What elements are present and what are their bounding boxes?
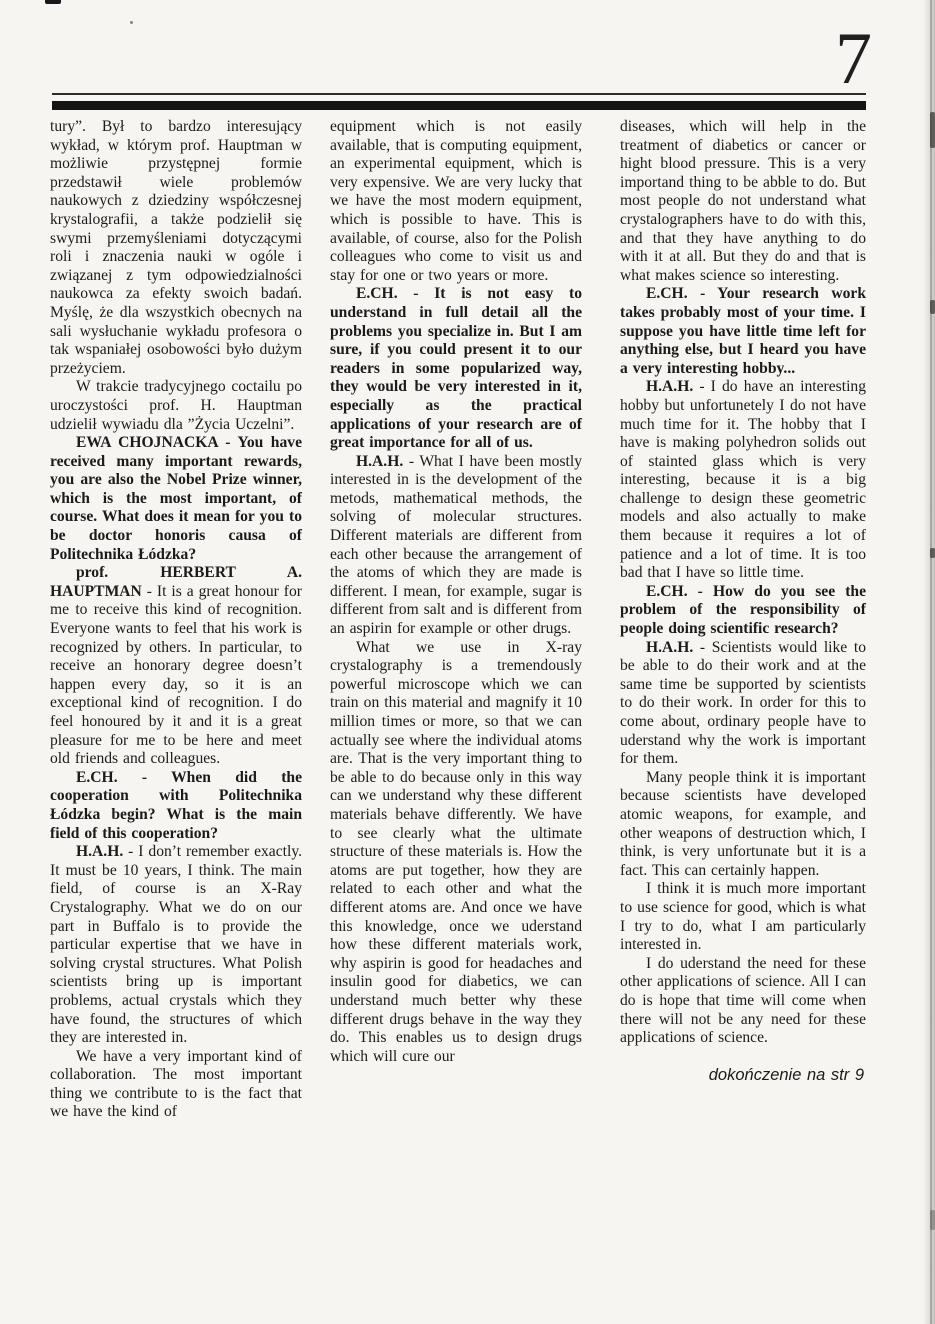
question-paragraph: E.CH. - When did the cooperation with Po…: [50, 769, 302, 843]
scan-edge-shadow: [923, 0, 935, 1324]
question-paragraph: E.CH. - How do you see the problem of th…: [620, 583, 866, 639]
paragraph-text: - I don’t remember exactly. It must be 1…: [50, 843, 302, 1046]
scan-artifact: [930, 300, 935, 314]
page-number: 7: [835, 22, 871, 96]
paragraph-text: W trakcie tradycyjnego coctailu po urocz…: [50, 378, 302, 432]
article-column-right: diseases, which will help in the treatme…: [620, 118, 866, 1084]
interview-article: tury”. Był to bardzo interesujący wykład…: [50, 118, 866, 1122]
paragraph-text: tury”. Był to bardzo interesujący wykład…: [50, 118, 302, 377]
paragraph-text: - I do have an interesting hobby but unf…: [620, 378, 866, 581]
body-paragraph: We have a very important kind of collabo…: [50, 1048, 302, 1122]
answer-paragraph: prof. HERBERT A. HAUPTMAN - It is a grea…: [50, 564, 302, 769]
body-paragraph: diseases, which will help in the treatme…: [620, 118, 866, 285]
article-column-left: tury”. Był to bardzo interesujący wykład…: [50, 118, 302, 1122]
answer-paragraph: H.A.H. - What I have been mostly interes…: [330, 453, 582, 639]
paragraph-text: - What I have been mostly interested in …: [330, 453, 582, 637]
body-paragraph: W trakcie tradycyjnego coctailu po urocz…: [50, 378, 302, 434]
paragraph-text: I do uderstand the need for these other …: [620, 955, 866, 1046]
paragraph-text: - Scientists would like to be able to do…: [620, 639, 866, 768]
answer-paragraph: H.A.H. - Scientists would like to be abl…: [620, 639, 866, 769]
paragraph-text: equipment which is not easily available,…: [330, 118, 582, 284]
question-paragraph: E.CH. - Your research work takes probabl…: [620, 285, 866, 378]
paragraph-text: E.CH. - Your research work takes probabl…: [620, 285, 866, 376]
article-column-middle: equipment which is not easily available,…: [330, 118, 582, 1066]
paragraph-text: Many people think it is important becaus…: [620, 769, 866, 879]
paragraph-text: I think it is much more important to use…: [620, 880, 866, 953]
paragraph-text: E.CH. - It is not easy to understand in …: [330, 285, 582, 451]
paragraph-text: E.CH. - How do you see the problem of th…: [620, 583, 866, 637]
scan-artifact: [930, 112, 935, 148]
speaker-label: H.A.H.: [646, 378, 693, 395]
answer-paragraph: H.A.H. - I don’t remember exactly. It mu…: [50, 843, 302, 1048]
body-paragraph: What we use in X-ray crystalography is a…: [330, 639, 582, 1067]
paragraph-text: E.CH. - When did the cooperation with Po…: [50, 769, 302, 842]
scan-speck: [45, 0, 61, 4]
paragraph-text: We have a very important kind of collabo…: [50, 1048, 302, 1121]
header-rule-thin: [52, 93, 866, 95]
answer-paragraph: H.A.H. - I do have an interesting hobby …: [620, 378, 866, 583]
scan-edge-line: [930, 0, 932, 1324]
body-paragraph: I think it is much more important to use…: [620, 880, 866, 954]
paragraph-text: - It is a great honour for me to receive…: [50, 583, 302, 767]
speaker-label: H.A.H.: [76, 843, 123, 860]
body-paragraph: tury”. Był to bardzo interesujący wykład…: [50, 118, 302, 378]
scan-artifact: [930, 548, 935, 558]
paragraph-text: EWA CHOJNACKA - You have received many i…: [50, 434, 302, 563]
body-paragraph: equipment which is not easily available,…: [330, 118, 582, 285]
continuation-note: dokończenie na str 9: [620, 1066, 866, 1085]
header-rule-thick: [52, 101, 866, 110]
question-paragraph: E.CH. - It is not easy to understand in …: [330, 285, 582, 452]
speaker-label: H.A.H.: [356, 453, 403, 470]
scan-artifact: [930, 1210, 935, 1230]
question-paragraph: EWA CHOJNACKA - You have received many i…: [50, 434, 302, 564]
scanned-page: 7 tury”. Był to bardzo interesujący wykł…: [0, 0, 935, 1324]
speaker-label: H.A.H.: [646, 639, 693, 656]
body-paragraph: Many people think it is important becaus…: [620, 769, 866, 881]
paragraph-text: diseases, which will help in the treatme…: [620, 118, 866, 284]
body-paragraph: I do uderstand the need for these other …: [620, 955, 866, 1048]
scan-speck: [130, 21, 133, 24]
paragraph-text: What we use in X-ray crystalography is a…: [330, 639, 582, 1065]
paragraph-text: dokończenie na str 9: [709, 1066, 864, 1084]
